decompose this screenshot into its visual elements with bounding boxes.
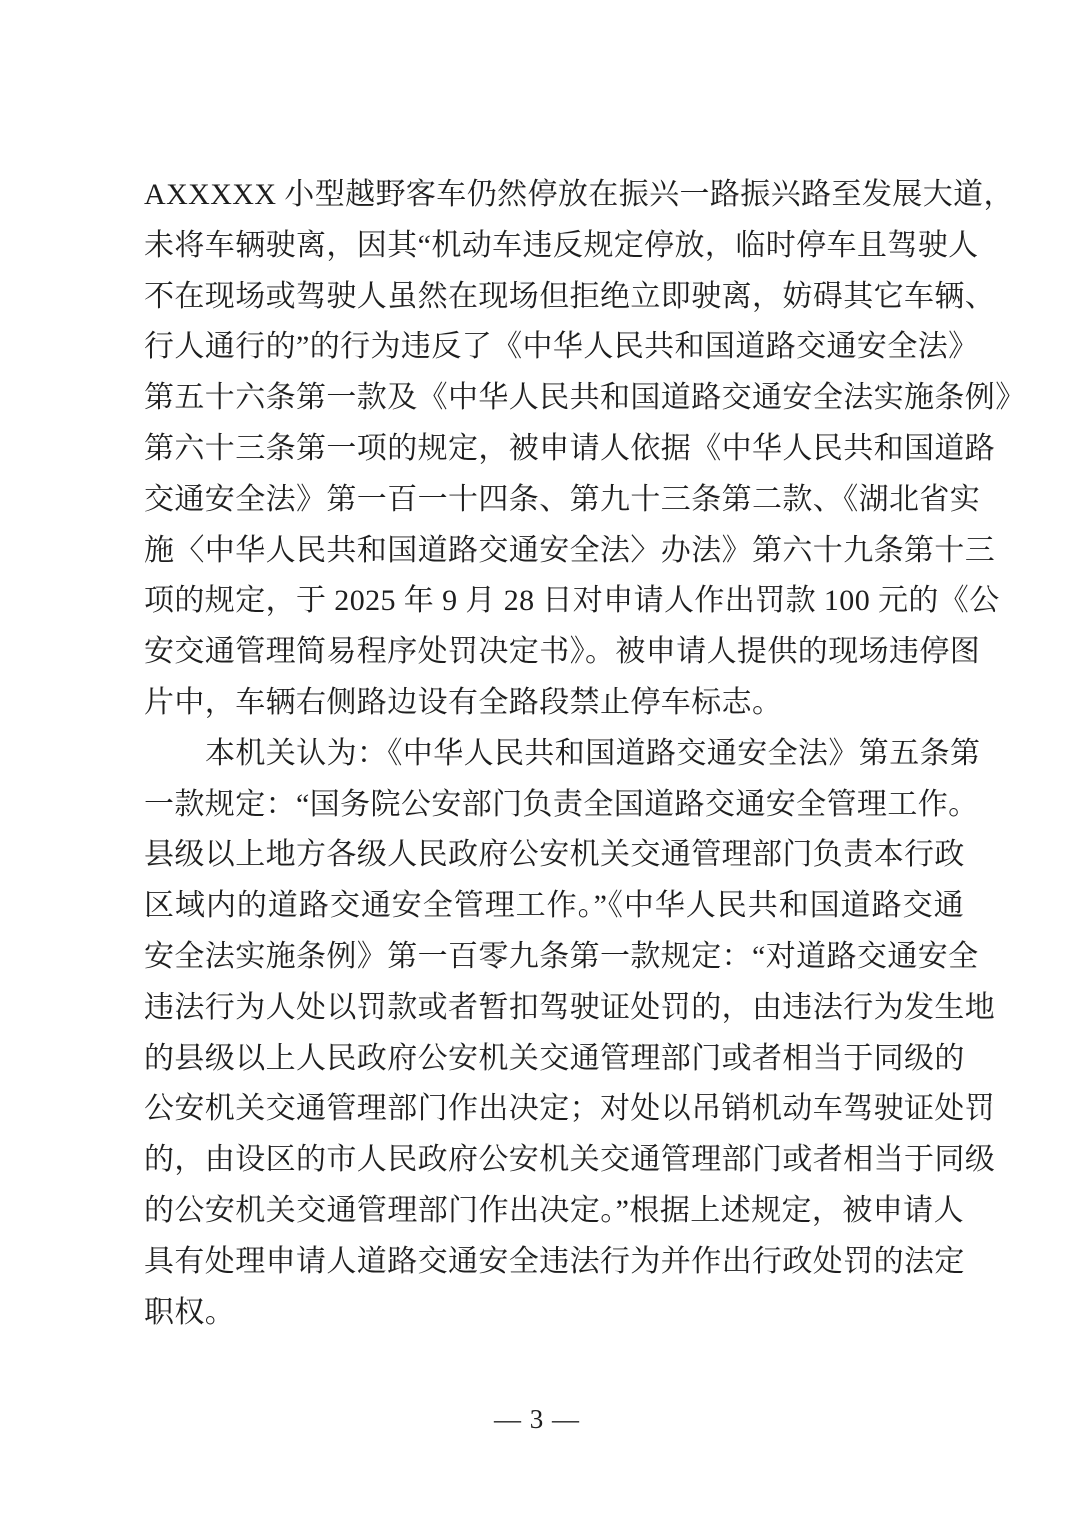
text-line: 安交通管理简易程序处罚决定书》。被申请人提供的现场违停图: [144, 627, 964, 678]
text-line: 的，由设区的市人民政府公安机关交通管理部门或者相当于同级: [144, 1135, 964, 1186]
page-number: — 3 —: [0, 1404, 1074, 1434]
document-body: AXXXXX 小型越野客车仍然停放在振兴一路振兴路至发展大道， 未将车辆驶离，因…: [144, 170, 964, 1338]
text-line: 县级以上地方各级人民政府公安机关交通管理部门负责本行政: [144, 830, 964, 881]
text-line: 一款规定：“国务院公安部门负责全国道路交通安全管理工作。: [144, 780, 964, 831]
text-line: 第五十六条第一款及《中华人民共和国道路交通安全法实施条例》: [144, 373, 964, 424]
text-line: 具有处理申请人道路交通安全违法行为并作出行政处罚的法定: [144, 1237, 964, 1288]
text-line: 区域内的道路交通安全管理工作。”《中华人民共和国道路交通: [144, 881, 964, 932]
text-line: 违法行为人处以罚款或者暂扣驾驶证处罚的，由违法行为发生地: [144, 983, 964, 1034]
text-line: 安全法实施条例》第一百零九条第一款规定：“对道路交通安全: [144, 932, 964, 983]
text-line: 的公安机关交通管理部门作出决定。”根据上述规定，被申请人: [144, 1186, 964, 1237]
text-line: 公安机关交通管理部门作出决定；对处以吊销机动车驾驶证处罚: [144, 1084, 964, 1135]
text-line: 交通安全法》第一百一十四条、第九十三条第二款、《湖北省实: [144, 475, 964, 526]
text-line: 行人通行的”的行为违反了《中华人民共和国道路交通安全法》: [144, 322, 964, 373]
text-line-paragraph-end: 片中，车辆右侧路边设有全路段禁止停车标志。: [144, 678, 964, 729]
document-page: AXXXXX 小型越野客车仍然停放在振兴一路振兴路至发展大道， 未将车辆驶离，因…: [0, 0, 1074, 1520]
text-line: 的县级以上人民政府公安机关交通管理部门或者相当于同级的: [144, 1034, 964, 1085]
text-line-paragraph-end: 职权。: [144, 1288, 964, 1339]
text-line-paragraph-start: 本机关认为：《中华人民共和国道路交通安全法》第五条第: [144, 729, 964, 780]
text-line: AXXXXX 小型越野客车仍然停放在振兴一路振兴路至发展大道，: [144, 170, 964, 221]
text-line: 第六十三条第一项的规定，被申请人依据《中华人民共和国道路: [144, 424, 964, 475]
text-line: 项的规定，于 2025 年 9 月 28 日对申请人作出罚款 100 元的《公: [144, 576, 964, 627]
text-line: 不在现场或驾驶人虽然在现场但拒绝立即驶离，妨碍其它车辆、: [144, 272, 964, 323]
text-line: 未将车辆驶离，因其“机动车违反规定停放，临时停车且驾驶人: [144, 221, 964, 272]
text-line: 施〈中华人民共和国道路交通安全法〉办法》第六十九条第十三: [144, 526, 964, 577]
